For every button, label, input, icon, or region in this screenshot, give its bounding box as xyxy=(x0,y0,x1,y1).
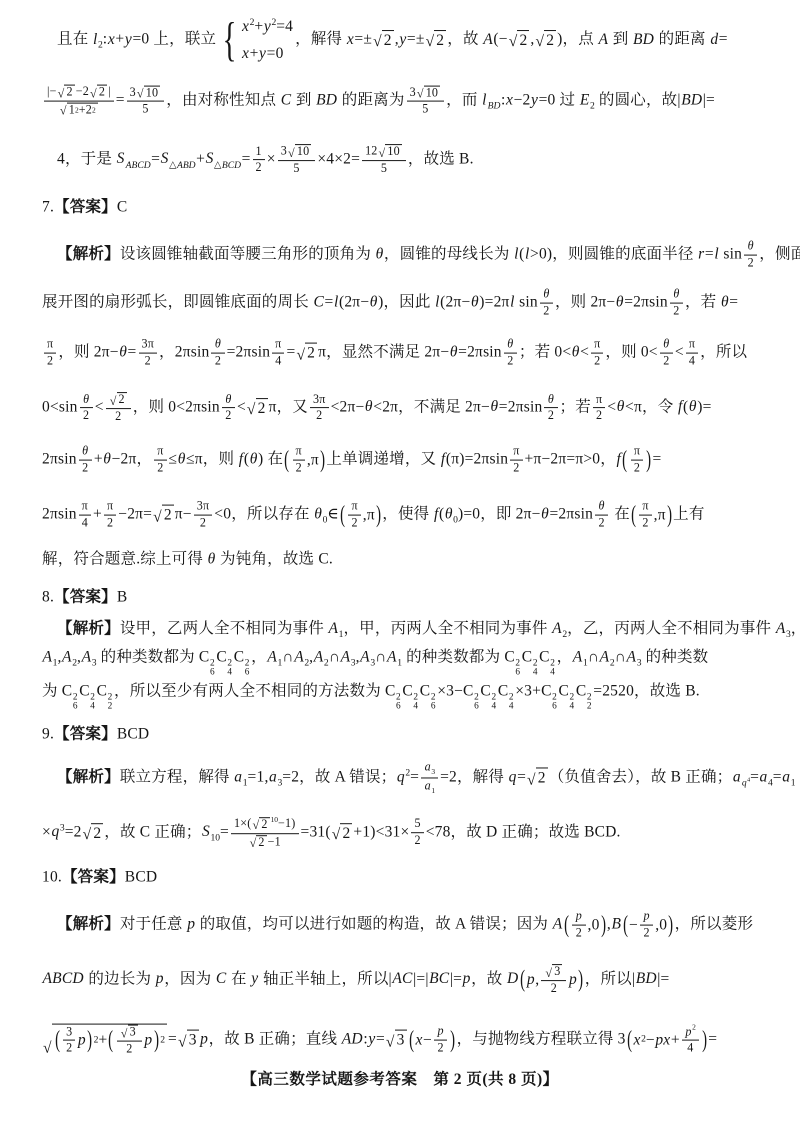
fraction: √32 xyxy=(541,964,566,996)
subscript: 0 xyxy=(453,515,458,526)
math-variable: ABCD xyxy=(42,971,84,988)
subscript: △ABD xyxy=(169,160,196,171)
fraction: 12 xyxy=(253,145,265,176)
math-variable: p xyxy=(155,971,164,988)
answer-10: 10.【答案】BCD xyxy=(42,867,157,886)
math-variable: C xyxy=(215,971,227,988)
fraction: √32 xyxy=(117,1025,142,1057)
fraction: 32 xyxy=(63,1025,75,1056)
superscript: 2 xyxy=(692,1023,696,1032)
math-variable: A xyxy=(598,31,609,48)
math-variable: θ xyxy=(177,451,186,468)
math-variable: S xyxy=(116,151,125,168)
square-root: √2 xyxy=(332,823,353,843)
math-variable: x xyxy=(505,92,513,109)
parenthesized-group: (π2,π) xyxy=(283,445,326,476)
math-variable: f xyxy=(678,399,684,416)
fraction: π2 xyxy=(348,500,360,531)
radical-sign: √ xyxy=(137,85,144,100)
answer-key-page: 且在 l2:x+y=0 上，联立{x2+y2=4x+y=0，解得 x=±√2,y… xyxy=(0,0,800,1132)
math-variable: y xyxy=(124,31,132,48)
sup-sub-stack: 24 xyxy=(491,693,496,713)
math-variable: θ xyxy=(490,399,499,416)
fraction: 3√105 xyxy=(278,144,316,176)
big-paren-right: ) xyxy=(375,500,382,530)
solution-7-6: 2πsinπ4+π2−2π=√2π−3π2<0，所以存在 θ0∈(π2,π)，使… xyxy=(42,500,705,531)
q6-solution-cont-3: 4，于是 SABCD=S△ABD+S△BCD=12×3√105×4×2=12√1… xyxy=(57,144,474,176)
math-variable: S xyxy=(205,151,214,168)
superscript: 4 xyxy=(747,777,750,783)
radical-sign: √ xyxy=(247,398,256,418)
superscript: 2 xyxy=(271,17,276,28)
radical-sign: √ xyxy=(379,144,386,159)
fraction: θ2 xyxy=(660,338,673,369)
math-variable: θ xyxy=(214,337,221,351)
solution-10-2: ABCD 的边长为 p，因为 C 在 y 轴正半轴上，所以|AC|=|BC|=p… xyxy=(42,964,670,996)
square-root: √2 xyxy=(252,817,269,832)
subscript: 1 xyxy=(243,778,248,789)
fraction: π2 xyxy=(593,393,605,424)
square-root: √10 xyxy=(417,85,440,100)
math-variable: q xyxy=(51,824,60,841)
math-variable: A xyxy=(626,648,637,665)
radical-sign: √ xyxy=(90,85,97,100)
fraction: π4 xyxy=(686,338,698,369)
fraction: θ2 xyxy=(540,288,553,319)
math-variable: A xyxy=(572,648,583,665)
math-variable: θ xyxy=(375,246,384,263)
sup-sub-stack: 24 xyxy=(570,693,575,713)
solution-7-7: 解，符合题意.综上可得 θ 为钝角，故选 C. xyxy=(42,549,333,568)
solution-7-3: π2，则 2π−θ=3π2，2πsinθ2=2πsinπ4=√2π，显然不满足 … xyxy=(42,338,747,369)
math-variable: θ xyxy=(449,344,458,361)
fraction: 3π2 xyxy=(194,500,213,531)
math-variable: A xyxy=(552,916,563,933)
math-variable: p xyxy=(200,1031,209,1048)
math-variable: A xyxy=(62,648,73,665)
big-paren-left: ( xyxy=(283,445,290,475)
math-variable: D xyxy=(507,971,519,988)
big-paren-left: ( xyxy=(630,500,637,530)
math-variable: AC xyxy=(392,971,413,988)
subscript: 1 xyxy=(431,786,435,795)
solution-10-1: 【解析】对于任意 p 的取值，均可以进行如题的构造，故 A 错误；因为 A(p2… xyxy=(57,910,753,941)
fraction: θ2 xyxy=(595,500,608,531)
radical-sign: √ xyxy=(58,85,65,100)
big-paren-left: ( xyxy=(626,1025,633,1055)
subscript: 3 xyxy=(351,657,356,668)
answer-label: 【答案】 xyxy=(62,868,125,885)
square-root: √2 xyxy=(58,85,75,100)
analysis-label: 【解析】 xyxy=(57,916,120,933)
math-variable: p xyxy=(144,1031,153,1050)
math-variable: θ xyxy=(541,506,550,523)
big-paren-right: ) xyxy=(701,1025,708,1055)
subscript: 3 xyxy=(431,767,435,776)
math-variable: p xyxy=(187,916,196,933)
math-variable: θ xyxy=(470,294,479,311)
math-variable: ABCD xyxy=(125,160,151,171)
big-paren-right: ) xyxy=(153,1025,160,1055)
parenthesized-group: (√32p) xyxy=(107,1025,160,1057)
math-variable: θ xyxy=(663,337,670,351)
big-paren-left: ( xyxy=(54,1025,61,1055)
math-variable: q xyxy=(508,769,517,786)
math-variable: f xyxy=(440,451,446,468)
answer-label: 【答案】 xyxy=(54,725,117,742)
parenthesized-group: (p2,0) xyxy=(563,910,607,941)
math-variable: y xyxy=(251,971,259,988)
fraction: 3√105 xyxy=(407,85,445,117)
math-variable: θ xyxy=(314,506,323,523)
subscript: 0 xyxy=(323,515,328,526)
math-variable: l xyxy=(333,294,339,311)
sup-sub-stack: 26 xyxy=(73,693,78,713)
math-variable: A xyxy=(294,648,305,665)
math-variable: A xyxy=(599,648,610,665)
fraction: θ2 xyxy=(222,393,235,424)
radical-sign: √ xyxy=(121,1025,128,1040)
square-root: √10 xyxy=(379,144,402,159)
radical-sign: √ xyxy=(535,30,544,50)
square-root: √3 xyxy=(178,1030,199,1050)
superscript: 10 xyxy=(271,815,278,824)
solution-7-1: 【解析】设该圆锥轴截面等腰三角形的顶角为 θ，圆锥的母线长为 l(l>0)，则圆… xyxy=(57,240,800,271)
subscript: 2 xyxy=(98,40,103,51)
parenthesized-group: (x−p2) xyxy=(408,1025,457,1056)
fraction: π2 xyxy=(510,445,522,476)
fraction: a3a1 xyxy=(421,760,438,795)
math-variable: BD xyxy=(316,92,338,109)
subscript: 2 xyxy=(304,657,309,668)
math-variable: x xyxy=(242,45,250,62)
superscript: 3 xyxy=(60,822,65,833)
math-variable: θ xyxy=(571,344,580,361)
math-variable: θ xyxy=(444,506,453,523)
parenthesized-group: (π2,π) xyxy=(630,500,673,531)
subscript: 1 xyxy=(278,657,283,668)
math-variable: A xyxy=(328,620,339,637)
parenthesized-group: (π2,π) xyxy=(339,500,382,531)
radical-sign: √ xyxy=(43,1024,52,1057)
math-variable: θ xyxy=(207,550,216,567)
fraction: |−√2−2√2|√12+22 xyxy=(44,85,114,118)
solution-10-3: √(32p)2+(√32p)2=√3p，故 B 正确；直线 AD:y=√3(x−… xyxy=(42,1024,717,1057)
fraction: π2 xyxy=(639,500,651,531)
subscript: 1 xyxy=(53,657,58,668)
subscript: 2 xyxy=(324,657,329,668)
superscript: 2 xyxy=(405,767,410,778)
fraction: π2 xyxy=(293,445,305,476)
math-variable: x xyxy=(633,1030,641,1049)
math-variable: θ xyxy=(83,392,90,406)
parenthesized-group: (π2) xyxy=(621,445,652,476)
math-variable: a xyxy=(732,769,741,786)
math-variable: q xyxy=(396,769,405,786)
math-variable: p xyxy=(462,971,471,988)
analysis-label: 【解析】 xyxy=(57,620,120,637)
math-variable: BD xyxy=(681,92,703,109)
fraction: π2 xyxy=(104,500,116,531)
analysis-label: 【解析】 xyxy=(57,246,120,263)
sup-sub-stack: 24 xyxy=(533,659,538,679)
solution-7-2: 展开图的扇形弧长，即圆锥底面的周长 C=l(2π−θ)，因此 l(2π−θ)=2… xyxy=(42,288,738,319)
fraction: θ2 xyxy=(80,393,93,424)
math-variable: θ xyxy=(598,499,605,513)
square-root: √2 xyxy=(153,505,174,525)
big-paren-left: ( xyxy=(108,1025,115,1055)
radical-sign: √ xyxy=(545,964,552,979)
subscript: 3 xyxy=(277,778,282,789)
square-root: √3 xyxy=(121,1025,138,1040)
math-variable: l xyxy=(714,246,720,263)
square-root: √2 xyxy=(250,835,267,850)
fraction: 3π2 xyxy=(310,393,329,424)
sup-sub-stack: 24 xyxy=(227,659,232,679)
subscript: 10 xyxy=(210,833,220,844)
math-variable: A xyxy=(387,648,398,665)
solution-8-3: 为 C26C24C22，所以至少有两人全不相同的方法数为 C26C24C26×3… xyxy=(42,681,700,712)
subscript: 3 xyxy=(370,657,375,668)
math-variable: p xyxy=(685,1024,692,1038)
math-variable: a xyxy=(234,769,243,786)
radical-sign: √ xyxy=(178,1030,187,1050)
square-root: √2 xyxy=(83,823,104,843)
math-variable: A xyxy=(775,620,786,637)
big-paren-right: ) xyxy=(666,500,673,530)
square-root: √2 xyxy=(110,392,127,407)
subscript: △BCD xyxy=(214,160,242,171)
math-variable: A xyxy=(313,648,324,665)
fraction: θ2 xyxy=(744,240,757,271)
big-paren-left: ( xyxy=(622,445,629,475)
sup-sub-stack: 26 xyxy=(396,693,401,713)
fraction: π2 xyxy=(591,338,603,369)
sup-sub-stack: 26 xyxy=(245,659,250,679)
math-variable: θ xyxy=(103,451,112,468)
math-variable: p xyxy=(526,970,535,989)
superscript: 2 xyxy=(94,1035,99,1047)
fraction: p2 xyxy=(434,1025,447,1056)
big-paren-right: ) xyxy=(86,1025,93,1055)
answer-8: 8.【答案】B xyxy=(42,587,127,606)
subscript: 2 xyxy=(610,657,615,668)
solution-9-1: 【解析】联立方程，解得 a1=1,a3=2，故 A 错误；q2=a3a1=2，解… xyxy=(57,760,795,795)
math-variable: θ xyxy=(547,392,554,406)
square-root: √(32p)2+(√32p)2 xyxy=(43,1024,167,1057)
math-variable: A xyxy=(552,620,563,637)
math-variable: BD xyxy=(633,31,655,48)
fraction: p2 xyxy=(640,910,653,941)
subscript: 1 xyxy=(583,657,588,668)
math-variable: θ xyxy=(688,399,697,416)
fraction: π2 xyxy=(154,445,166,476)
math-variable: A xyxy=(340,648,351,665)
subscript: 1 xyxy=(791,778,796,789)
big-paren-left: ( xyxy=(339,500,346,530)
radical-sign: √ xyxy=(250,835,257,850)
subscript: 1 xyxy=(339,629,344,640)
fraction: p2 xyxy=(572,910,585,941)
sup-sub-stack: 22 xyxy=(108,693,113,713)
math-variable: A xyxy=(267,648,278,665)
math-variable: l xyxy=(525,246,531,263)
sup-sub-stack: 26 xyxy=(515,659,520,679)
subscript: 3 xyxy=(786,629,791,640)
equation-system: {x2+y2=4x+y=0 xyxy=(218,17,293,63)
big-paren-right: ) xyxy=(578,965,585,995)
fraction: θ2 xyxy=(211,338,224,369)
solution-7-4: 0<sinθ2<√22，则 0<2πsinθ2<√2π，又3π2<2π−θ<2π… xyxy=(42,392,712,424)
math-variable: A xyxy=(81,648,92,665)
math-variable: x xyxy=(346,31,354,48)
math-variable: C xyxy=(280,92,292,109)
subscript: 2 xyxy=(72,657,77,668)
sup-sub-stack: 26 xyxy=(474,693,479,713)
sup-sub-stack: 26 xyxy=(552,693,557,713)
math-variable: y xyxy=(259,45,267,62)
big-paren-right: ) xyxy=(645,445,652,475)
solution-7-5: 2πsinθ2+θ−2π，π2≤θ≤π，则 f(θ) 在(π2,π)上单调递增，… xyxy=(42,445,661,476)
radical-sign: √ xyxy=(426,30,435,50)
math-variable: BD xyxy=(635,971,657,988)
radical-sign: √ xyxy=(296,343,305,363)
fraction: 3√105 xyxy=(127,85,165,117)
big-paren-right: ) xyxy=(667,910,674,940)
math-variable: θ xyxy=(720,294,729,311)
radical-sign: √ xyxy=(509,30,518,50)
math-variable: p xyxy=(575,909,582,923)
parenthesized-group: (−p2,0) xyxy=(622,910,675,941)
q6-solution-cont-2: |−√2−2√2|√12+22=3√105，由对称性知点 C 到 BD 的距离为… xyxy=(42,85,715,118)
q6-solution-cont-1: 且在 l2:x+y=0 上，联立{x2+y2=4x+y=0，解得 x=±√2,y… xyxy=(57,17,728,63)
big-paren-right: ) xyxy=(319,445,326,475)
big-paren-left: ( xyxy=(563,910,570,940)
big-paren-right: ) xyxy=(600,910,607,940)
subscript: 4 xyxy=(768,778,773,789)
math-variable: θ xyxy=(615,294,624,311)
fraction: 12√105 xyxy=(362,144,406,176)
solution-9-2: ×q3=2√2，故 C 正确；S10=1×(√210−1)√2−1=31(√2+… xyxy=(42,816,621,850)
fraction: θ2 xyxy=(544,393,557,424)
math-variable: l xyxy=(510,294,516,311)
math-variable: C xyxy=(313,294,325,311)
subscript: 2 xyxy=(590,101,595,112)
subscript: BD xyxy=(487,101,501,112)
square-root: √2 xyxy=(527,768,548,788)
fraction: 3π2 xyxy=(139,338,158,369)
radical-sign: √ xyxy=(153,505,162,525)
radical-sign: √ xyxy=(386,1030,395,1050)
fraction: p24 xyxy=(682,1024,699,1056)
superscript: 2 xyxy=(250,17,255,28)
math-variable: θ xyxy=(364,399,373,416)
superscript: 2 xyxy=(92,106,96,115)
math-variable: l xyxy=(435,294,441,311)
subscript: ABCD xyxy=(125,160,151,171)
solution-8-2: A1,A2,A3 的种类数都为 C26C24C26，A1∩A2,A2∩A3,A3… xyxy=(42,647,708,678)
fraction: π2 xyxy=(44,338,56,369)
subscript: 2 xyxy=(562,629,567,640)
sup-sub-stack: 24 xyxy=(509,693,514,713)
parenthesized-group: (32p) xyxy=(54,1025,94,1056)
sup-sub-stack: 22 xyxy=(587,693,592,713)
math-variable: θ xyxy=(747,239,754,253)
fraction: π2 xyxy=(631,445,643,476)
math-variable: θ xyxy=(673,287,680,301)
math-variable: f xyxy=(433,506,439,523)
math-variable: AD xyxy=(341,1031,363,1048)
superscript: 2 xyxy=(75,106,79,115)
square-root: √2 xyxy=(296,343,317,363)
big-paren-left: ( xyxy=(622,910,629,940)
solution-8-1: 【解析】设甲，乙两人全不相同为事件 A1，甲，丙两人全不相同为事件 A2，乙，丙… xyxy=(57,619,800,641)
page-footer: 【高三数学试题参考答案 第 2 页(共 8 页)】 xyxy=(0,1067,800,1089)
math-variable: r xyxy=(698,246,705,263)
radical-sign: √ xyxy=(252,817,259,832)
radical-sign: √ xyxy=(527,768,536,788)
fraction: θ2 xyxy=(504,338,517,369)
math-variable: A xyxy=(42,648,53,665)
math-variable: θ xyxy=(119,344,128,361)
square-root: √2 xyxy=(509,30,530,50)
radical-sign: √ xyxy=(417,85,424,100)
math-variable: f xyxy=(238,451,244,468)
radical-sign: √ xyxy=(332,823,341,843)
fraction: 52 xyxy=(411,818,423,849)
square-root: √3 xyxy=(545,964,562,979)
math-variable: θ xyxy=(543,287,550,301)
square-root: √10 xyxy=(137,85,160,100)
fraction: π4 xyxy=(79,500,91,531)
fraction: π4 xyxy=(272,338,284,369)
big-paren-left: ( xyxy=(408,1025,415,1055)
math-variable: θ xyxy=(616,399,625,416)
superscript: 2 xyxy=(160,1035,165,1047)
math-variable: BD xyxy=(487,101,501,112)
answer-label: 【答案】 xyxy=(54,588,117,605)
math-variable: p xyxy=(568,970,577,989)
math-variable: ABD xyxy=(176,160,196,171)
superscript: 2 xyxy=(641,1034,646,1046)
system-brace: { xyxy=(223,21,237,59)
math-variable: d xyxy=(710,31,719,48)
math-variable: θ xyxy=(507,337,514,351)
sup-sub-stack: 24 xyxy=(550,659,555,679)
radical-sign: √ xyxy=(288,144,295,159)
parenthesized-group: (p,√32p) xyxy=(519,964,585,996)
square-root: √2 xyxy=(90,85,107,100)
square-root: √2 xyxy=(373,30,394,50)
answer-9: 9.【答案】BCD xyxy=(42,724,149,743)
square-root: √2 xyxy=(247,398,268,418)
square-root: √10 xyxy=(288,144,311,159)
fraction: θ2 xyxy=(79,445,92,476)
sup-sub-stack: 26 xyxy=(431,693,436,713)
sup-sub-stack: 26 xyxy=(210,659,215,679)
math-variable: p xyxy=(643,909,650,923)
math-variable: B xyxy=(611,916,622,933)
math-variable: y xyxy=(530,92,538,109)
math-variable: θ xyxy=(82,444,89,458)
math-variable: y xyxy=(399,31,407,48)
square-root: √2 xyxy=(535,30,556,50)
subscript: 1 xyxy=(397,657,402,668)
math-variable: S xyxy=(160,151,169,168)
math-variable: a xyxy=(782,769,791,786)
fraction: θ2 xyxy=(670,288,683,319)
big-paren-left: ( xyxy=(519,965,526,995)
